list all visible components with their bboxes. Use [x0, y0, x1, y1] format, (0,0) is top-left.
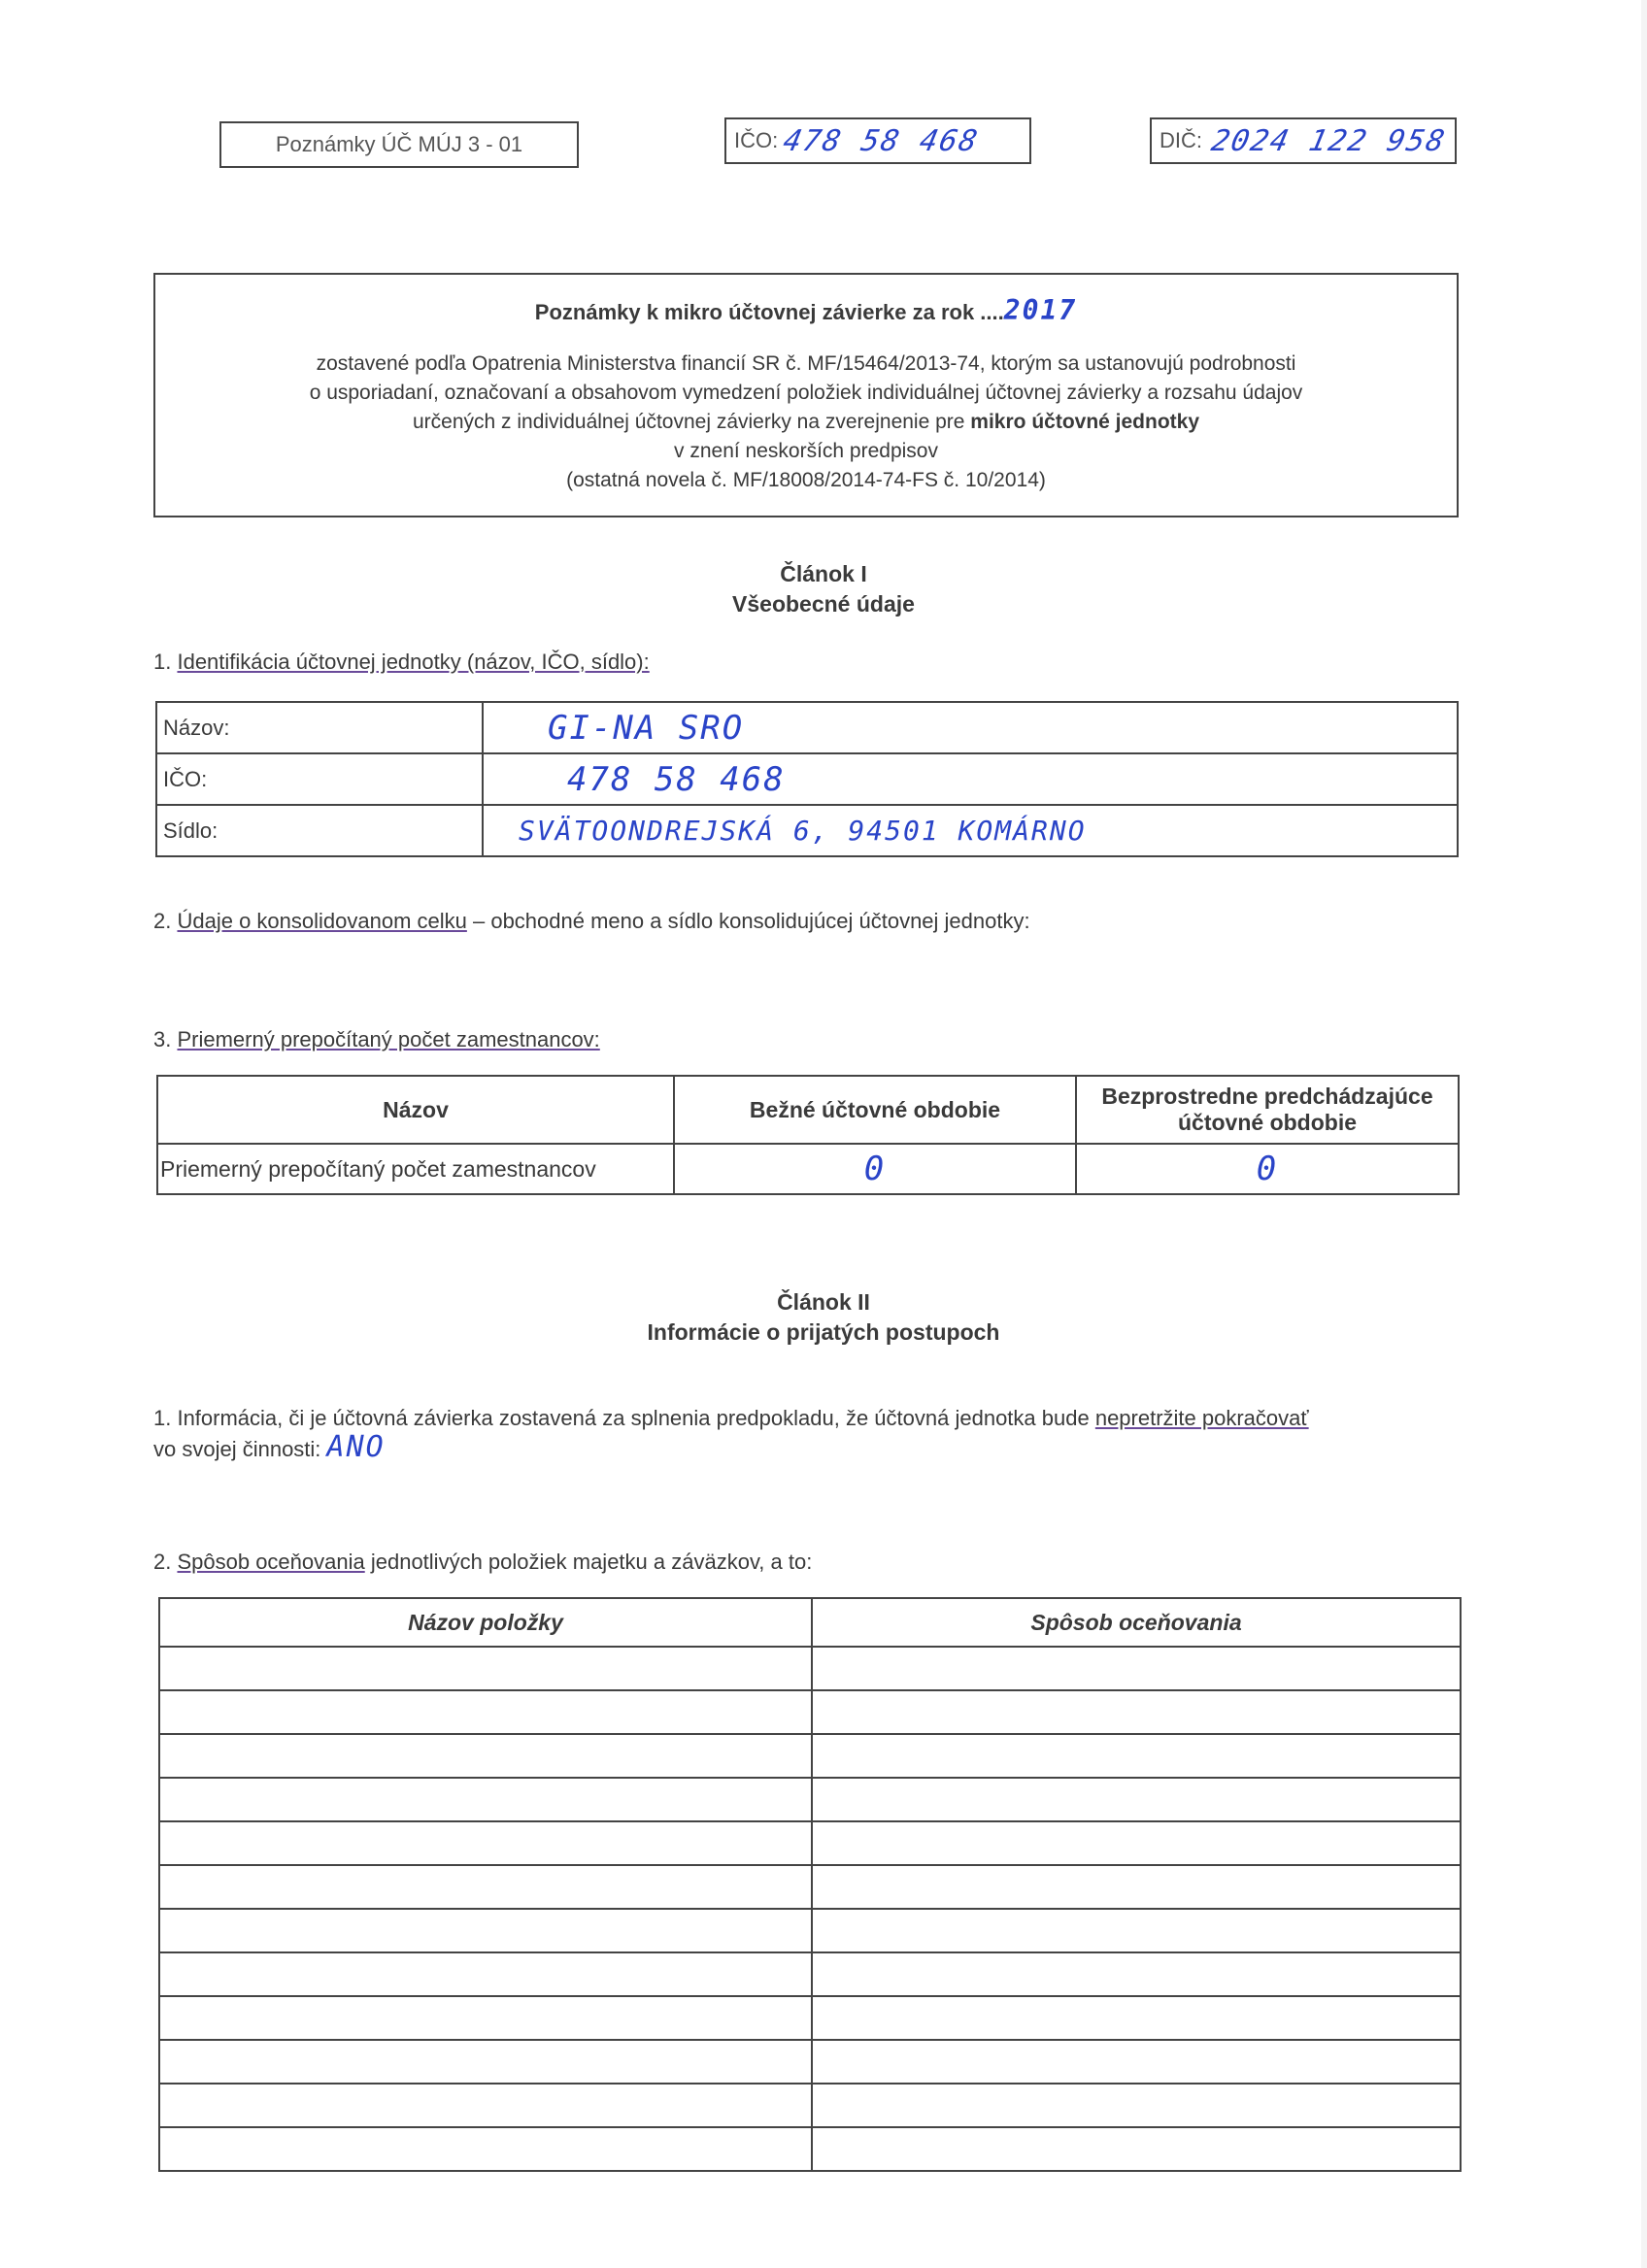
value-ico[interactable]: 478 58 468: [483, 753, 1458, 805]
valuation-method-cell[interactable]: [812, 1865, 1461, 1909]
employees-previous[interactable]: 0: [1076, 1144, 1459, 1194]
dic-value[interactable]: 2024 122 958: [1208, 124, 1449, 158]
item1-going-concern: 1. Informácia, či je účtovná závierka zo…: [153, 1404, 1309, 1464]
table-row: [159, 1909, 1461, 1952]
item2-valuation: 2. Spôsob oceňovania jednotlivých položi…: [153, 1550, 812, 1575]
going-concern-answer[interactable]: ANO: [327, 1430, 386, 1464]
item-name-cell[interactable]: [159, 1778, 812, 1821]
table-row: [159, 1865, 1461, 1909]
valuation-method-cell[interactable]: [812, 1821, 1461, 1865]
item-name-cell[interactable]: [159, 1909, 812, 1952]
table-row: [159, 2040, 1461, 2084]
form-code: Poznámky ÚČ MÚJ 3 - 01: [276, 132, 522, 157]
table-row: [159, 1778, 1461, 1821]
valuation-table: Názov položky Spôsob oceňovania: [158, 1597, 1462, 2172]
table-row: Priemerný prepočítaný počet zamestnancov…: [157, 1144, 1459, 1194]
employees-current[interactable]: 0: [674, 1144, 1076, 1194]
document-title: Poznámky k mikro účtovnej závierke za ro…: [155, 294, 1457, 326]
dic-box: DIČ: 2024 122 958: [1150, 117, 1457, 164]
item-name-cell[interactable]: [159, 1690, 812, 1734]
employees-table: Názov Bežné účtovné obdobie Bezprostredn…: [156, 1075, 1460, 1195]
label-ico: IČO:: [156, 753, 483, 805]
ico-box: IČO: 478 58 468: [724, 117, 1031, 164]
scan-edge: [1641, 0, 1647, 2268]
label-sidlo: Sídlo:: [156, 805, 483, 856]
title-description: zostavené podľa Opatrenia Ministerstva f…: [155, 350, 1457, 495]
valuation-method-cell[interactable]: [812, 1952, 1461, 1996]
valuation-method-cell[interactable]: [812, 1778, 1461, 1821]
item2-consolidated: 2. Údaje o konsolidovanom celku – obchod…: [153, 909, 1030, 934]
table-row: Sídlo: SVÄTOONDREJSKÁ 6, 94501 KOMÁRNO: [156, 805, 1458, 856]
dic-label: DIČ:: [1160, 128, 1202, 153]
valuation-method-cell[interactable]: [812, 2127, 1461, 2171]
title-box: Poznámky k mikro účtovnej závierke za ro…: [153, 273, 1459, 517]
table-row: [159, 1952, 1461, 1996]
valuation-method-cell[interactable]: [812, 1690, 1461, 1734]
table-row: [159, 2084, 1461, 2127]
item-name-cell[interactable]: [159, 1734, 812, 1778]
form-code-box: Poznámky ÚČ MÚJ 3 - 01: [219, 121, 579, 168]
table-row: [159, 1996, 1461, 2040]
table-row: [159, 1821, 1461, 1865]
item-name-cell[interactable]: [159, 1996, 812, 2040]
table-row: [159, 1647, 1461, 1690]
identification-table: Názov: GI-NA SRO IČO: 478 58 468 Sídlo: …: [155, 701, 1459, 857]
table-header: Názov položky Spôsob oceňovania: [159, 1598, 1461, 1647]
ico-label: IČO:: [734, 128, 778, 153]
item1-identification: 1. Identifikácia účtovnej jednotky (názo…: [153, 650, 650, 675]
table-row: Názov: GI-NA SRO: [156, 702, 1458, 753]
item-name-cell[interactable]: [159, 2040, 812, 2084]
item-name-cell[interactable]: [159, 1821, 812, 1865]
item-name-cell[interactable]: [159, 2127, 812, 2171]
table-row: [159, 1734, 1461, 1778]
valuation-method-cell[interactable]: [812, 1909, 1461, 1952]
item-name-cell[interactable]: [159, 2084, 812, 2127]
item-name-cell[interactable]: [159, 1865, 812, 1909]
table-header: Názov Bežné účtovné obdobie Bezprostredn…: [157, 1076, 1459, 1144]
value-sidlo[interactable]: SVÄTOONDREJSKÁ 6, 94501 KOMÁRNO: [483, 805, 1458, 856]
valuation-method-cell[interactable]: [812, 2040, 1461, 2084]
table-row: [159, 1690, 1461, 1734]
label-nazov: Názov:: [156, 702, 483, 753]
item3-employees: 3. Priemerný prepočítaný počet zamestnan…: [153, 1027, 600, 1052]
ico-value[interactable]: 478 58 468: [781, 124, 983, 158]
table-row: IČO: 478 58 468: [156, 753, 1458, 805]
table-row: [159, 2127, 1461, 2171]
valuation-method-cell[interactable]: [812, 2084, 1461, 2127]
value-nazov[interactable]: GI-NA SRO: [483, 702, 1458, 753]
valuation-method-cell[interactable]: [812, 1647, 1461, 1690]
valuation-method-cell[interactable]: [812, 1734, 1461, 1778]
valuation-method-cell[interactable]: [812, 1996, 1461, 2040]
article2-heading: Článok II Informácie o prijatých postupo…: [0, 1287, 1647, 1348]
item-name-cell[interactable]: [159, 1952, 812, 1996]
item-name-cell[interactable]: [159, 1647, 812, 1690]
year-value[interactable]: 2017: [1004, 294, 1077, 326]
article1-heading: Článok I Všeobecné údaje: [0, 559, 1647, 619]
